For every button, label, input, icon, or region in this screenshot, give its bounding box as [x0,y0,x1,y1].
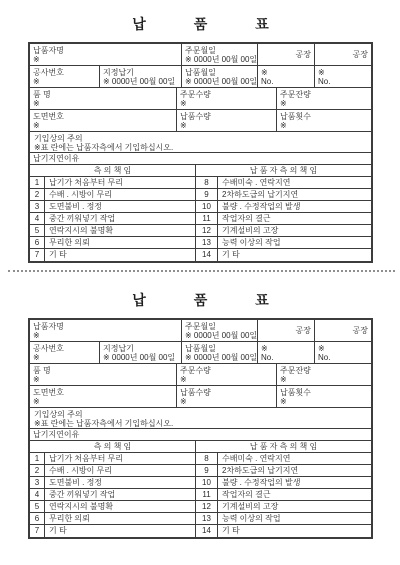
delay-reason-label: 납기지연이유 [33,430,368,439]
reason-text: 수배 . 시방이 무리 [45,465,196,476]
body-row-1: 품 명 ※ 주문수량 ※ 주문잔량 ※ [30,88,371,110]
reason-no: 12 [196,225,218,236]
reason-text: 무리한 의뢰 [45,237,196,248]
delivery-times-label: 납품횟수 [280,112,368,121]
delay-reason-row: 납기지연이유 [30,429,371,441]
reason-no: 5 [30,501,45,512]
reason-no: 6 [30,237,45,248]
reason-no: 8 [196,453,218,464]
reason-no: 9 [196,465,218,476]
construction-no-field: 공사번호 ※ [30,342,100,363]
factory-label: 공장 [353,50,368,59]
header-row-1: 납품자명 ※ 주문월일 ※ 0000년 00월 00일 공장 공장 [30,44,371,66]
reason-no: 9 [196,189,218,200]
reason-no: 11 [196,213,218,224]
delivery-date-field: 납품월일 ※ 0000년 00월 00일 [182,342,258,363]
order-qty-field: 주문수량 ※ [177,364,277,385]
supplier-name-field: 납품자명 ※ [30,44,182,65]
no-mark: ※ [261,344,311,353]
delivery-form-2: 납품표 납품자명 ※ 주문월일 ※ 0000년 00월 00일 공장 공장 [28,293,373,539]
construction-no-label: 공사번호 [33,68,96,77]
delivery-qty-label: 납품수량 [180,112,273,121]
responsibility-right-header-label: 납 품 자 측 의 책 임 [199,442,368,452]
reason-no: 10 [196,201,218,212]
drawing-no-field: 도면번호 ※ [30,110,177,131]
order-balance-value: ※ [280,99,368,108]
reason-text: 기 타 [218,249,371,261]
reason-text: 능력 이상의 작업 [218,237,371,248]
order-qty-value: ※ [180,99,273,108]
reason-row: 7 기 타 14 기 타 [30,249,371,261]
printed-page: 납품표 납품자명 ※ 주문월일 ※ 0000년 00월 00일 공장 공장 [0,0,400,539]
no-field-right: ※ No. [315,342,371,363]
delivery-times-field: 납품횟수 ※ [277,110,371,131]
notice-field: 기입상의 주의 ※표 란에는 납품자측에서 기입하십시오. [30,132,371,152]
designated-due-label: 지정납기 [103,68,178,77]
reason-no: 10 [196,477,218,488]
notice-title: 기입상의 주의 [34,134,368,143]
delivery-date-value: ※ 0000년 00월 00일 [185,77,254,86]
reason-no: 7 [30,525,45,537]
no-field-left: ※ No. [258,66,315,87]
header-row-2: 공사번호 ※ 지정납기 ※ 0000년 00월 00일 납품월일 ※ 0000년… [30,342,371,364]
reason-text: 중간 끼워넣기 작업 [45,213,196,224]
designated-due-value: ※ 0000년 00월 00일 [103,353,178,362]
reason-text: 기 타 [45,249,196,261]
product-name-value: ※ [33,99,173,108]
drawing-no-value: ※ [33,121,173,130]
reason-text: 도면불비 . 정정 [45,477,196,488]
responsibility-left-header: 측 의 책 임 [30,441,196,452]
no-label: No. [261,77,311,86]
reason-row: 6 무리한 의뢰 13 능력 이상의 작업 [30,237,371,249]
reason-text: 2차하도급의 납기지연 [218,465,371,476]
delivery-times-label: 납품횟수 [280,388,368,397]
order-date-field: 주문월일 ※ 0000년 00월 00일 [182,320,258,341]
notice-title: 기입상의 주의 [34,410,368,419]
notice-row: 기입상의 주의 ※표 란에는 납품자측에서 기입하십시오. [30,408,371,429]
body-row-2: 도면번호 ※ 납품수량 ※ 납품횟수 ※ [30,110,371,132]
no-label: No. [318,353,368,362]
no-label: No. [261,353,311,362]
reason-no: 3 [30,477,45,488]
responsibility-left-header: 측 의 책 임 [30,165,196,176]
order-qty-label: 주문수량 [180,366,273,375]
no-field-left: ※ No. [258,342,315,363]
reason-no: 14 [196,249,218,261]
reason-no: 2 [30,465,45,476]
reason-text: 기계설비의 고장 [218,501,371,512]
supplier-name-field: 납품자명 ※ [30,320,182,341]
reason-no: 6 [30,513,45,524]
delivery-form-1: 납품표 납품자명 ※ 주문월일 ※ 0000년 00월 00일 공장 공장 [28,17,373,263]
reason-row: 2 수배 . 시방이 무리 9 2차하도급의 납기지연 [30,189,371,201]
form-title: 납품표 [28,293,373,308]
drawing-no-label: 도면번호 [33,388,173,397]
drawing-no-value: ※ [33,397,173,406]
reason-text: 기계설비의 고장 [218,225,371,236]
factory-label: 공장 [296,50,311,59]
reason-text: 수배미숙 . 연락지연 [218,453,371,464]
reason-text: 능력 이상의 작업 [218,513,371,524]
body-row-2: 도면번호 ※ 납품수량 ※ 납품횟수 ※ [30,386,371,408]
order-qty-field: 주문수량 ※ [177,88,277,109]
delivery-qty-value: ※ [180,397,273,406]
designated-due-label: 지정납기 [103,344,178,353]
delivery-date-label: 납품월일 [185,344,254,353]
construction-no-value: ※ [33,353,96,362]
reason-no: 14 [196,525,218,537]
reason-text: 기 타 [45,525,196,537]
delivery-times-value: ※ [280,121,368,130]
reason-row: 3 도면불비 . 정정 10 불량 . 수정작업의 발생 [30,477,371,489]
reason-no: 7 [30,249,45,261]
reason-text: 불량 . 수정작업의 발생 [218,201,371,212]
delivery-date-label: 납품월일 [185,68,254,77]
reason-no: 1 [30,177,45,188]
no-field-right: ※ No. [315,66,371,87]
delay-reason-row: 납기지연이유 [30,153,371,165]
order-balance-label: 주문잔량 [280,366,368,375]
order-balance-label: 주문잔량 [280,90,368,99]
order-date-field: 주문월일 ※ 0000년 00월 00일 [182,44,258,65]
reason-no: 8 [196,177,218,188]
reason-no: 13 [196,237,218,248]
order-qty-label: 주문수량 [180,90,273,99]
delivery-times-value: ※ [280,397,368,406]
delivery-qty-label: 납품수량 [180,388,273,397]
responsibility-right-header-label: 납 품 자 측 의 책 임 [199,166,368,176]
designated-due-field: 지정납기 ※ 0000년 00월 00일 [100,66,182,87]
order-balance-field: 주문잔량 ※ [277,364,371,385]
order-balance-field: 주문잔량 ※ [277,88,371,109]
construction-no-value: ※ [33,77,96,86]
notice-row: 기입상의 주의 ※표 란에는 납품자측에서 기입하십시오. [30,132,371,153]
reason-text: 수배미숙 . 연락지연 [218,177,371,188]
reason-text: 수배 . 시방이 무리 [45,189,196,200]
no-mark: ※ [318,68,368,77]
order-balance-value: ※ [280,375,368,384]
reason-text: 연락지시의 불명확 [45,501,196,512]
factory-field-right: 공장 [315,44,371,65]
reason-no: 1 [30,453,45,464]
reason-row: 1 납기가 처음부터 무리 8 수배미숙 . 연락지연 [30,453,371,465]
delivery-form-table: 납품자명 ※ 주문월일 ※ 0000년 00월 00일 공장 공장 공사번호 [28,42,373,263]
reason-text: 무리한 의뢰 [45,513,196,524]
reason-row: 6 무리한 의뢰 13 능력 이상의 작업 [30,513,371,525]
factory-field-left: 공장 [258,320,315,341]
reason-text: 작업자의 결근 [218,213,371,224]
factory-field-left: 공장 [258,44,315,65]
reason-text: 도면불비 . 정정 [45,201,196,212]
form-title: 납품표 [28,17,373,32]
reason-no: 12 [196,501,218,512]
body-row-1: 품 명 ※ 주문수량 ※ 주문잔량 ※ [30,364,371,386]
responsibility-header-row: 측 의 책 임 납 품 자 측 의 책 임 [30,441,371,453]
construction-no-field: 공사번호 ※ [30,66,100,87]
delivery-qty-value: ※ [180,121,273,130]
responsibility-left-header-label: 측 의 책 임 [33,166,192,176]
delivery-qty-field: 납품수량 ※ [177,386,277,407]
notice-body: ※표 란에는 납품자측에서 기입하십시오. [34,419,368,428]
construction-no-label: 공사번호 [33,344,96,353]
responsibility-left-header-label: 측 의 책 임 [33,442,192,452]
reason-row: 3 도면불비 . 정정 10 불량 . 수정작업의 발생 [30,201,371,213]
reason-no: 4 [30,213,45,224]
designated-due-value: ※ 0000년 00월 00일 [103,77,178,86]
reason-no: 5 [30,225,45,236]
notice-body: ※표 란에는 납품자측에서 기입하십시오. [34,143,368,152]
drawing-no-field: 도면번호 ※ [30,386,177,407]
factory-label: 공장 [296,326,311,335]
reason-no: 2 [30,189,45,200]
reason-row: 1 납기가 처음부터 무리 8 수배미숙 . 연락지연 [30,177,371,189]
reason-row: 5 연락지시의 불명확 12 기계설비의 고장 [30,501,371,513]
reason-row: 4 중간 끼워넣기 작업 11 작업자의 결근 [30,489,371,501]
order-date-label: 주문월일 [185,322,254,331]
drawing-no-label: 도면번호 [33,112,173,121]
delivery-date-field: 납품월일 ※ 0000년 00월 00일 [182,66,258,87]
reason-text: 납기가 처음부터 무리 [45,453,196,464]
supplier-name-value: ※ [33,331,178,340]
factory-label: 공장 [353,326,368,335]
reason-no: 11 [196,489,218,500]
responsibility-header-row: 측 의 책 임 납 품 자 측 의 책 임 [30,165,371,177]
reason-row: 7 기 타 14 기 타 [30,525,371,537]
factory-field-right: 공장 [315,320,371,341]
order-qty-value: ※ [180,375,273,384]
reason-row: 2 수배 . 시방이 무리 9 2차하도급의 납기지연 [30,465,371,477]
delivery-date-value: ※ 0000년 00월 00일 [185,353,254,362]
product-name-value: ※ [33,375,173,384]
delivery-qty-field: 납품수량 ※ [177,110,277,131]
supplier-name-label: 납품자명 [33,46,178,55]
reason-text: 불량 . 수정작업의 발생 [218,477,371,488]
supplier-name-label: 납품자명 [33,322,178,331]
designated-due-field: 지정납기 ※ 0000년 00월 00일 [100,342,182,363]
header-row-2: 공사번호 ※ 지정납기 ※ 0000년 00월 00일 납품월일 ※ 0000년… [30,66,371,88]
reason-text: 연락지시의 불명확 [45,225,196,236]
reason-text: 납기가 처음부터 무리 [45,177,196,188]
reason-no: 13 [196,513,218,524]
reason-row: 5 연락지시의 불명확 12 기계설비의 고장 [30,225,371,237]
delay-reason-field: 납기지연이유 [30,429,371,440]
reason-text: 기 타 [218,525,371,537]
delay-reason-label: 납기지연이유 [33,154,368,163]
reason-row: 4 중간 끼워넣기 작업 11 작업자의 결근 [30,213,371,225]
product-name-field: 품 명 ※ [30,364,177,385]
reason-text: 작업자의 결근 [218,489,371,500]
responsibility-right-header: 납 품 자 측 의 책 임 [196,441,371,452]
order-date-value: ※ 0000년 00월 00일 [185,331,254,340]
reason-no: 3 [30,201,45,212]
no-mark: ※ [261,68,311,77]
perforation-dotted-line [8,270,395,272]
order-date-value: ※ 0000년 00월 00일 [185,55,254,64]
delay-reason-field: 납기지연이유 [30,153,371,164]
order-date-label: 주문월일 [185,46,254,55]
responsibility-right-header: 납 품 자 측 의 책 임 [196,165,371,176]
header-row-1: 납품자명 ※ 주문월일 ※ 0000년 00월 00일 공장 공장 [30,320,371,342]
product-name-label: 품 명 [33,90,173,99]
reason-no: 4 [30,489,45,500]
delivery-times-field: 납품횟수 ※ [277,386,371,407]
product-name-label: 품 명 [33,366,173,375]
notice-field: 기입상의 주의 ※표 란에는 납품자측에서 기입하십시오. [30,408,371,428]
no-mark: ※ [318,344,368,353]
supplier-name-value: ※ [33,55,178,64]
product-name-field: 품 명 ※ [30,88,177,109]
reason-text: 중간 끼워넣기 작업 [45,489,196,500]
delivery-form-table: 납품자명 ※ 주문월일 ※ 0000년 00월 00일 공장 공장 공사번호 [28,318,373,539]
reason-text: 2차하도급의 납기지연 [218,189,371,200]
no-label: No. [318,77,368,86]
